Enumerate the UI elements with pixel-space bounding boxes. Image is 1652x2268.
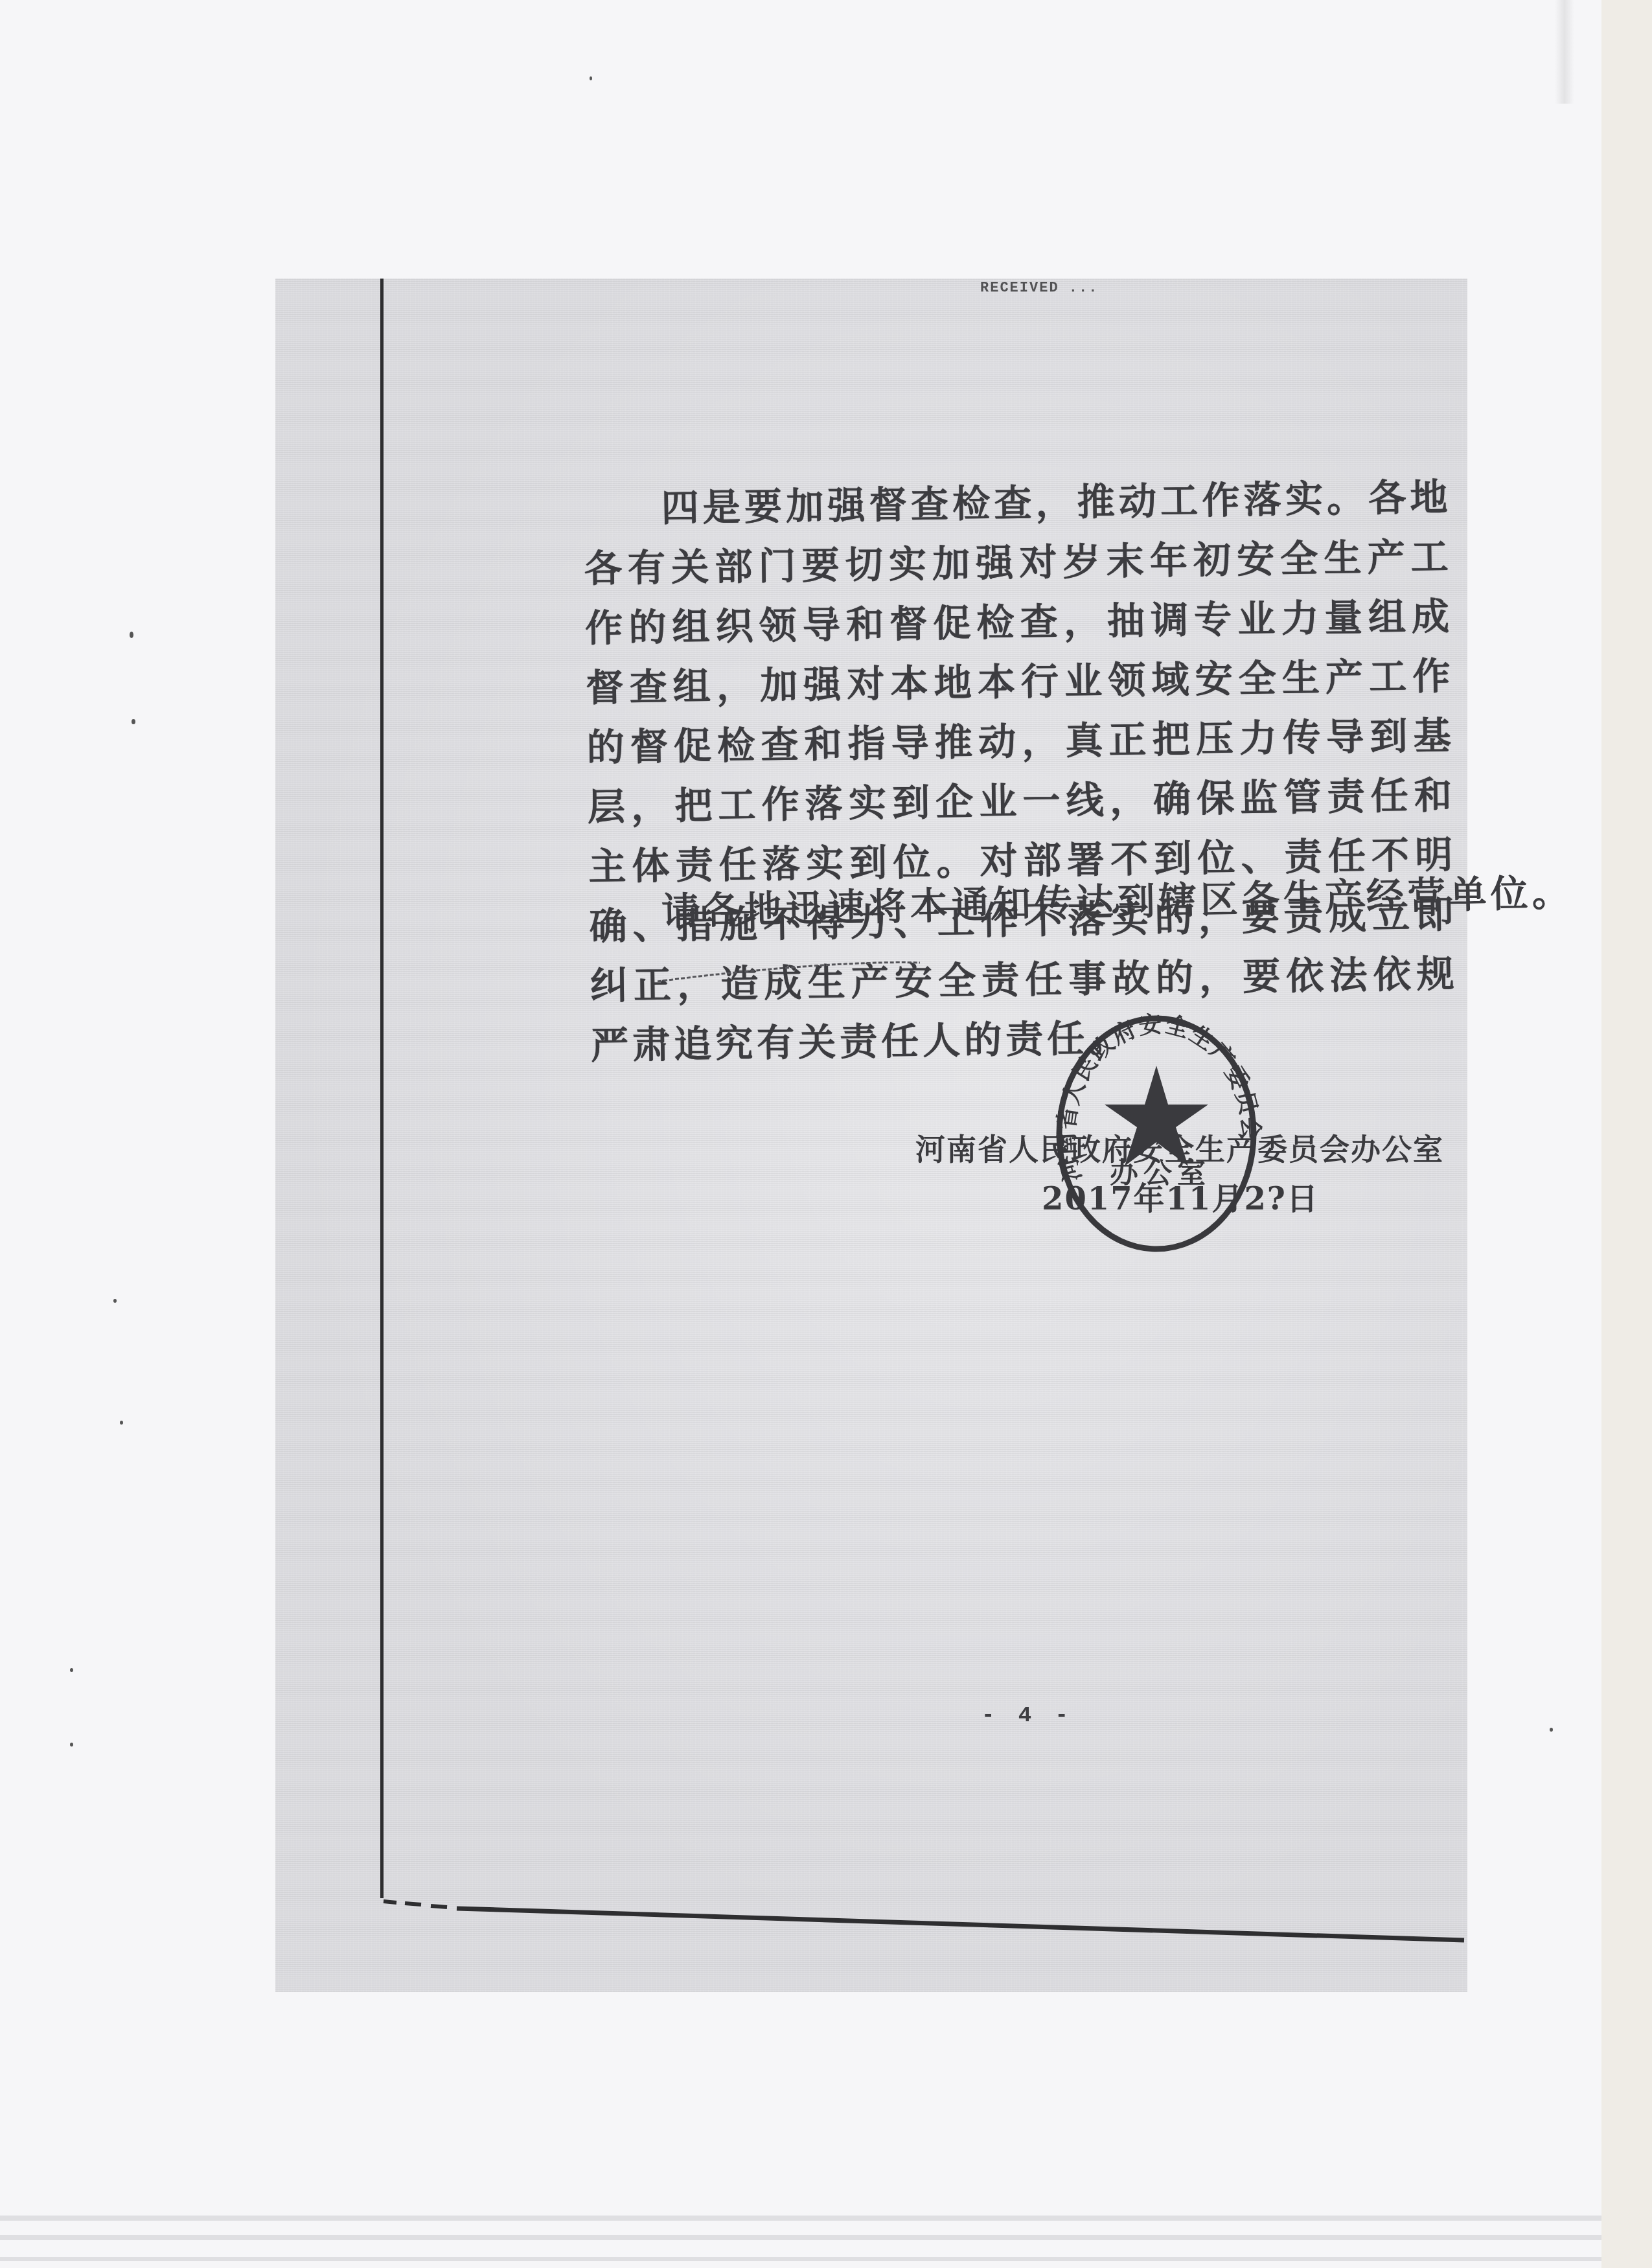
scan-speck [70,1743,73,1747]
scan-speck [113,1299,117,1303]
scanner-streak [0,2235,1601,2240]
scan-speck [120,1421,123,1425]
scan-speck [70,1668,73,1672]
scanner-streak [0,2216,1601,2221]
official-seal: 河南省人民政府安全生产委员会 [1050,1011,1263,1257]
underline-mark [654,959,926,985]
page-number: - 4 - [981,1704,1073,1728]
scanner-streak [0,2257,1601,2261]
scan-speck [590,76,592,80]
scanner-edge [1601,0,1652,2268]
seal-center-text: 办公室 [1110,1150,1211,1191]
scanner-shadow [1555,0,1574,104]
scan-speck [1550,1728,1553,1732]
scan-speck [132,719,135,724]
received-stamp: RECEIVED ... [980,280,1098,296]
scan-speck [130,632,133,638]
left-margin-rule [380,279,384,1898]
